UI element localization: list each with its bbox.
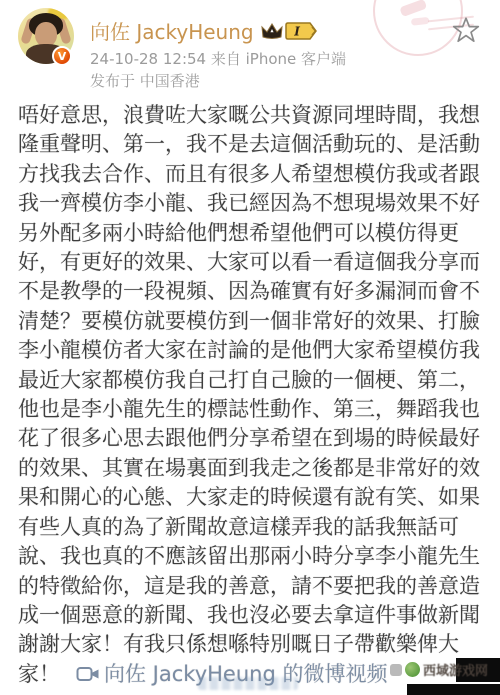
vip-badges[interactable]: I <box>260 20 322 42</box>
video-camera-icon <box>76 665 100 683</box>
text-line: 的效果、其實在場裏面到我走之後都是非常好的效 <box>18 454 482 483</box>
text-line: 說、我也真的不應該留出那兩小時分享李小龍先生 <box>18 542 482 571</box>
username[interactable]: 向佐 JackyHeung <box>90 16 254 45</box>
watermark-logo-icon <box>405 662 420 677</box>
text-line: 隆重聲明、第一，我不是去這個活動玩的、是活動 <box>18 130 482 159</box>
text-line: 最近大家都模仿我自己打自己臉的一個梗、第二， <box>18 366 482 395</box>
source-client[interactable]: 来自 iPhone 客户端 <box>211 50 346 68</box>
watermark-icon-gray <box>390 664 402 676</box>
text-line: 另外配多兩小時給他們想希望他們可以模仿得更 <box>18 219 482 248</box>
favorite-star-icon[interactable] <box>452 16 480 44</box>
text-line: 謝謝大家！有我只係想喺特別嘅日子帶歡樂俾大 <box>18 630 482 659</box>
timestamp: 24-10-28 12:54 <box>90 50 206 68</box>
verified-badge-icon: V <box>52 46 72 66</box>
text-line: 唔好意思，浪費咗大家嘅公共資源同埋時間，我想 <box>18 101 482 130</box>
text-line: 他也是李小龍先生的標誌性動作、第三，舞蹈我也 <box>18 395 482 424</box>
post-text: 唔好意思，浪費咗大家嘅公共資源同埋時間，我想隆重聲明、第一，我不是去這個活動玩的… <box>0 101 500 689</box>
weibo-post-screenshot: V 向佐 JackyHeung I 24-10-28 12:54 来自 iPho… <box>0 0 500 695</box>
vip-level-badge-shape: I <box>286 23 316 39</box>
text-line: 成一個惡意的新聞、我也沒必要去拿這件事做新聞 <box>18 601 482 630</box>
post-meta: 24-10-28 12:54 来自 iPhone 客户端 <box>90 48 346 69</box>
vip-crown-icon: I <box>260 20 322 42</box>
text-line: 果和開心的心態、大家走的時候還有說有笑、如果 <box>18 483 482 512</box>
text-line: 好，有更好的效果、大家可以看一看這個我分享而 <box>18 248 482 277</box>
text-line: 我一齊模仿李小龍、我已經因為不想現場效果不好 <box>18 189 482 218</box>
last-line-text: 家！ <box>18 660 60 689</box>
name-row: 向佐 JackyHeung I <box>90 16 322 45</box>
site-watermark: 西域游戏网 <box>390 660 488 679</box>
black-redaction-bar <box>407 684 500 695</box>
vip-level-text: I <box>293 24 300 38</box>
text-line: 李小龍模仿者大家在討論的是他們大家希望模仿我 <box>18 336 482 365</box>
post-location[interactable]: 发布于 中国香港 <box>90 70 200 91</box>
text-lines: 唔好意思，浪費咗大家嘅公共資源同埋時間，我想隆重聲明、第一，我不是去這個活動玩的… <box>18 101 482 660</box>
watermark-site-name: 西域游戏网 <box>423 660 488 679</box>
text-line: 的特徵給你，這是我的善意，請不要把我的善意造 <box>18 572 482 601</box>
faint-watermark <box>198 677 298 690</box>
text-line: 有些人真的為了新聞故意這樣弄我的話我無話可 <box>18 513 482 542</box>
text-line: 方找我去合作、而且有很多人希望想模仿我或者跟 <box>18 160 482 189</box>
text-line: 花了很多心思去跟他們分享希望在到場的時候最好 <box>18 424 482 453</box>
text-line: 清楚？要模仿就要模仿到一個非常好的效果、打臉 <box>18 307 482 336</box>
text-line: 不是教學的一段視頻、因為確實有好多漏洞而會不 <box>18 277 482 306</box>
